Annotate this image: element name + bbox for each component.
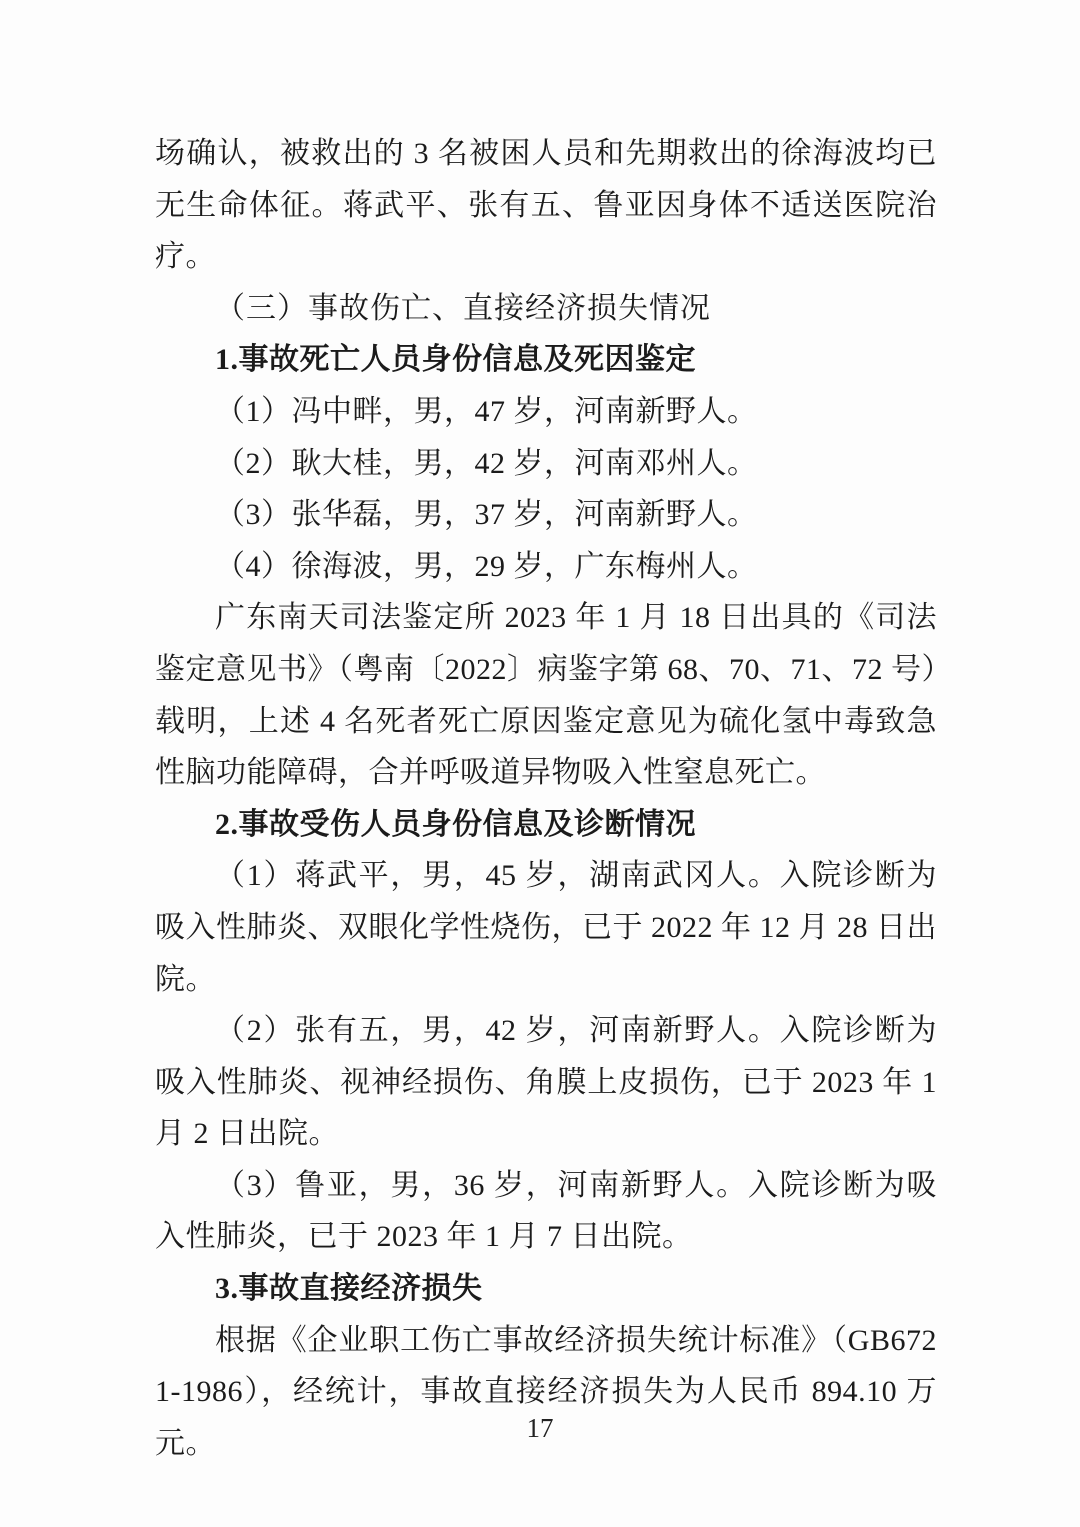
deceased-list-item: （3）张华磊，男，37 岁，河南新野人。 [155,489,937,541]
paragraph-forensic-opinion: 广东南天司法鉴定所 2023 年 1 月 18 日出具的《司法鉴定意见书》（粤南… [155,592,937,798]
document-page: 场确认，被救出的 3 名被困人员和先期救出的徐海波均已无生命体征。蒋武平、张有五… [0,0,1080,1527]
deceased-list-item: （4）徐海波，男，29 岁，广东梅州人。 [155,541,937,593]
numbered-heading-1: 1.事故死亡人员身份信息及死因鉴定 [155,334,937,386]
page-content: 场确认，被救出的 3 名被困人员和先期救出的徐海波均已无生命体征。蒋武平、张有五… [155,128,937,1469]
injured-list-item: （3）鲁亚，男，36 岁，河南新野人。入院诊断为吸入性肺炎，已于 2023 年 … [155,1160,937,1263]
numbered-heading-3: 3.事故直接经济损失 [155,1263,937,1315]
deceased-list-item: （2）耿大桂，男，42 岁，河南邓州人。 [155,438,937,490]
injured-list-item: （1）蒋武平，男，45 岁，湖南武冈人。入院诊断为吸入性肺炎、双眼化学性烧伤，已… [155,850,937,1005]
page-number: 17 [0,1408,1080,1448]
deceased-list-item: （1）冯中畔，男，47 岁，河南新野人。 [155,386,937,438]
numbered-heading-2: 2.事故受伤人员身份信息及诊断情况 [155,799,937,851]
paragraph-continuation: 场确认，被救出的 3 名被困人员和先期救出的徐海波均已无生命体征。蒋武平、张有五… [155,128,937,283]
injured-list-item: （2）张有五，男，42 岁，河南新野人。入院诊断为吸入性肺炎、视神经损伤、角膜上… [155,1005,937,1160]
subsection-heading: （三）事故伤亡、直接经济损失情况 [155,283,937,335]
